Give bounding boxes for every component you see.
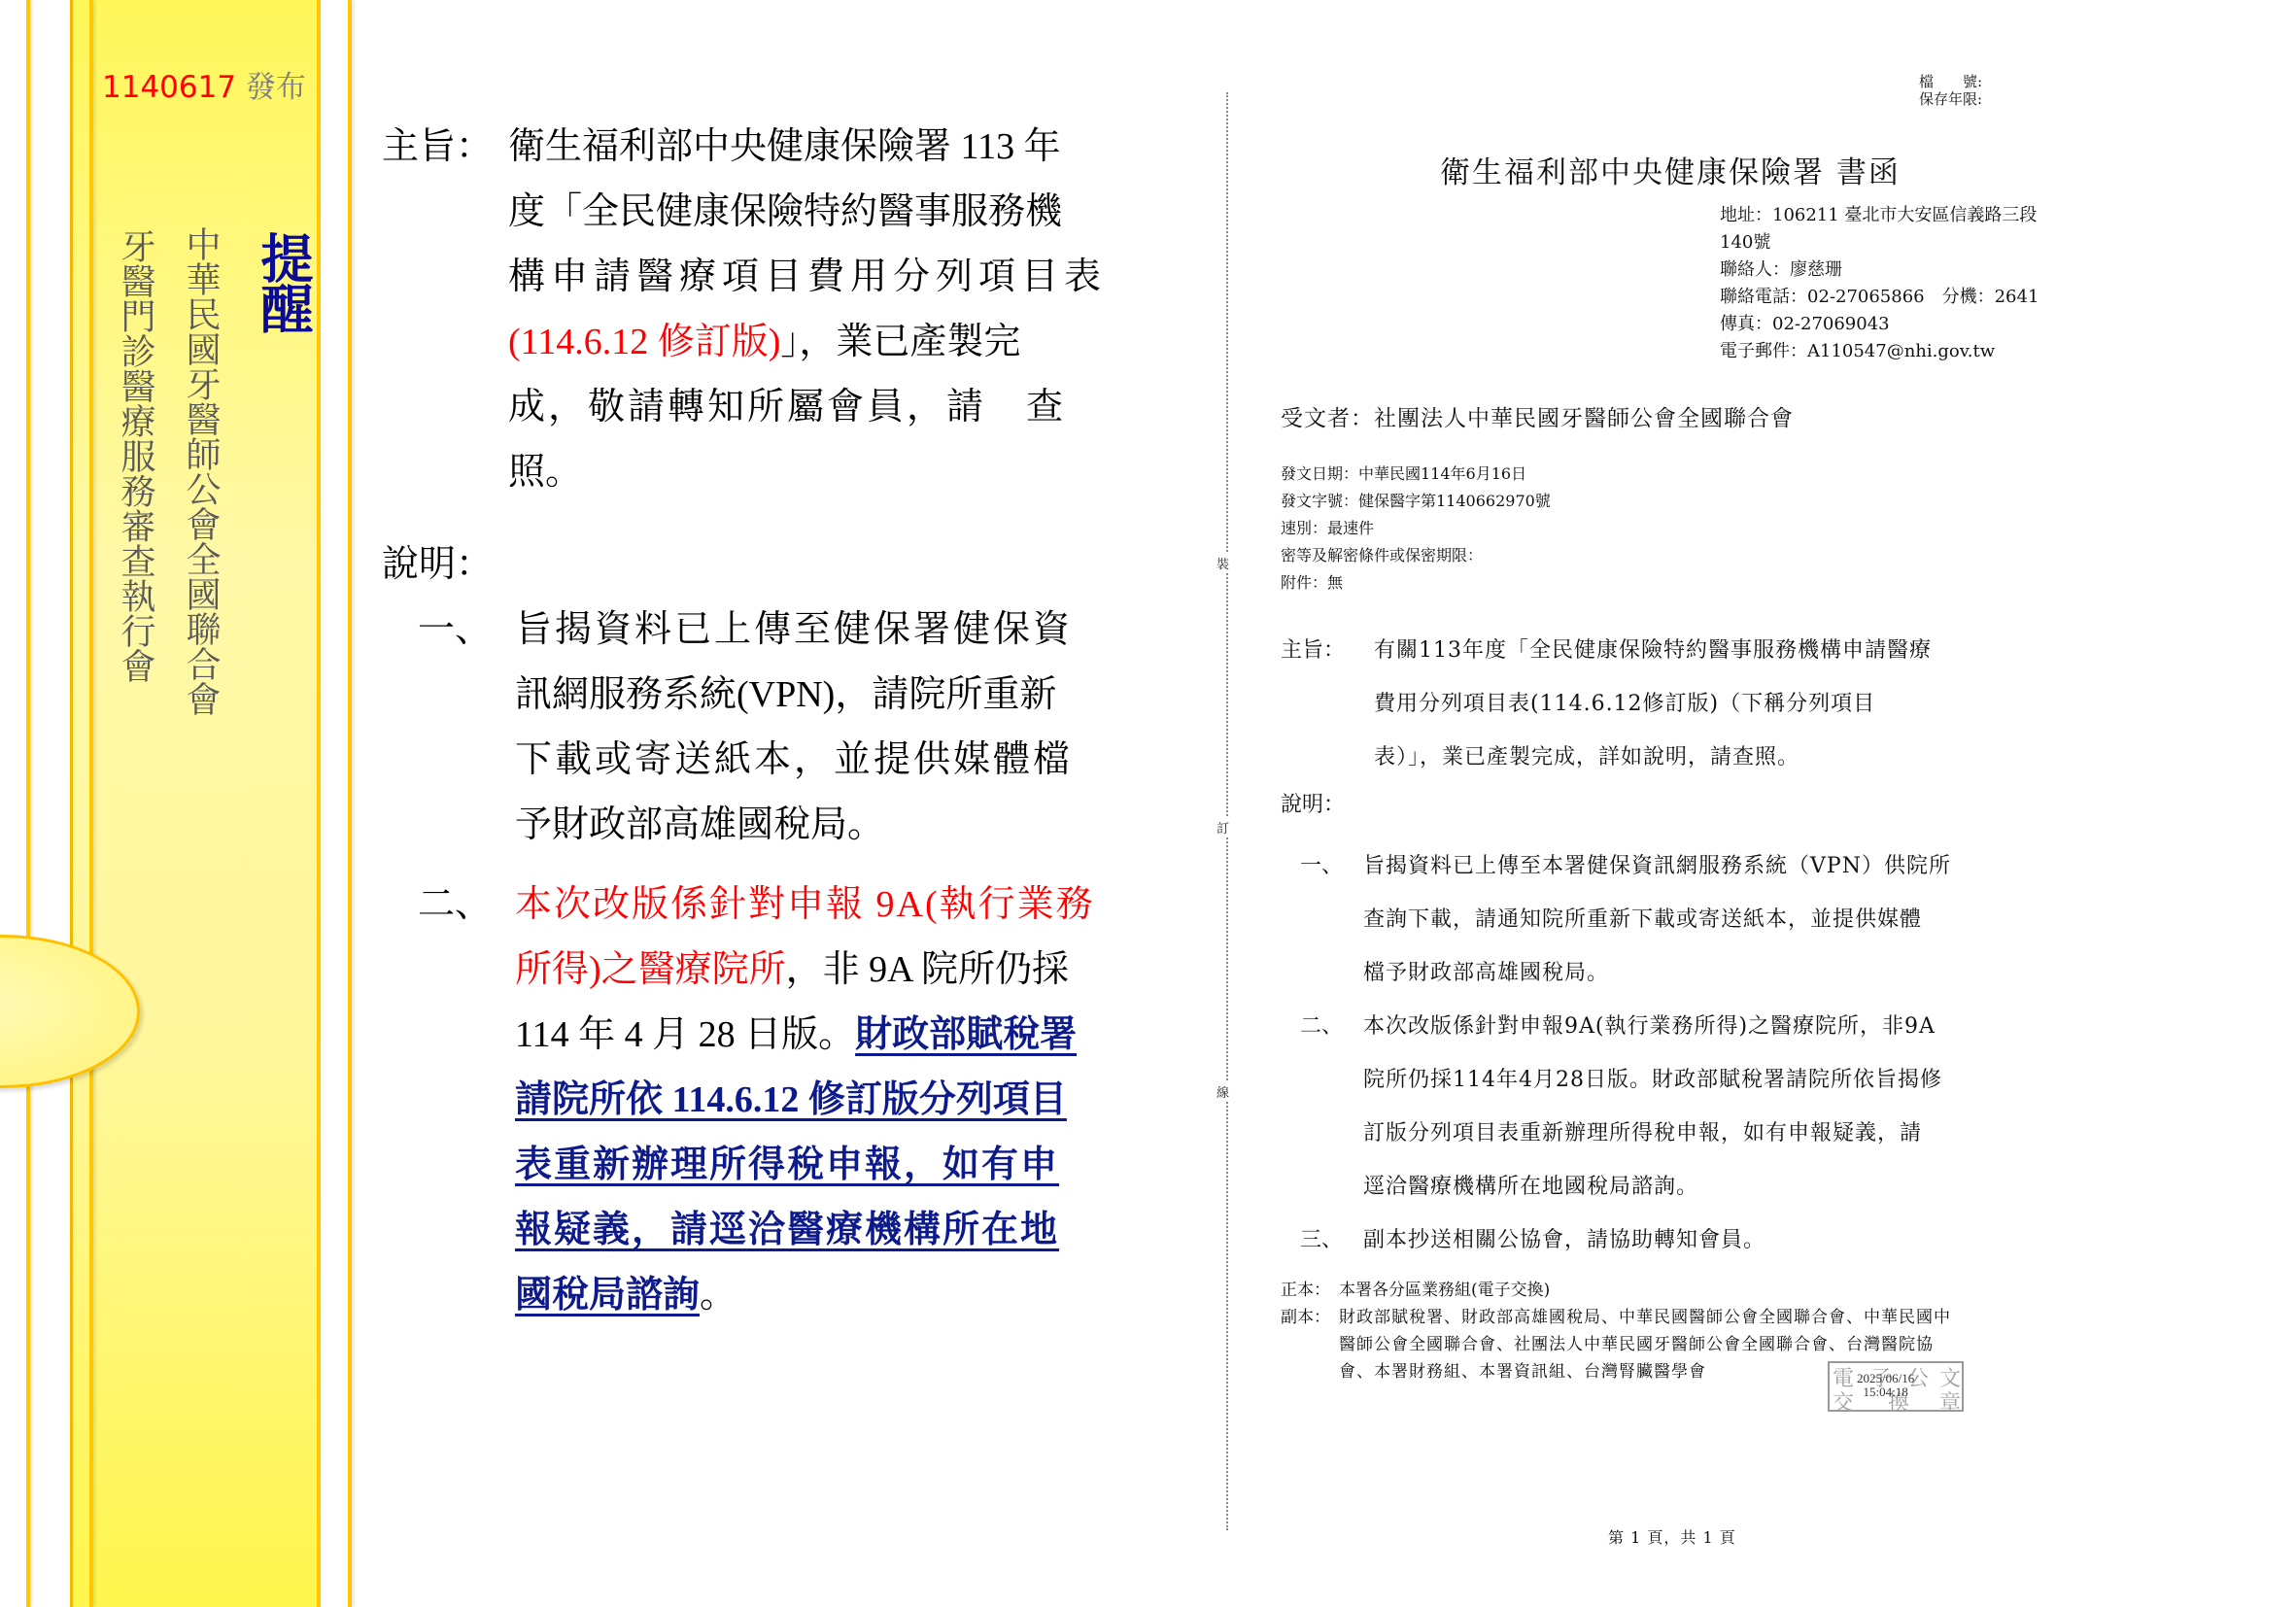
letter-item: 二、 本次改版係針對申報9A(執行業務所得)之醫療院所，非9A 院所仍採114年… [1300, 1000, 1951, 1214]
item-number: 一、 [418, 598, 515, 858]
letter-title: 衛生福利部中央健康保險署 書函 [1440, 148, 1901, 191]
committee-name: 牙醫門診醫療服務審查執行會 [118, 228, 153, 683]
summary-subject-line: 衛生福利部中央健康保險署 113 年 [508, 115, 1109, 180]
tax-notice-highlight: 財政部賦稅署 [855, 1014, 1077, 1055]
tax-notice-highlight: 報疑義，請逕洽醫療機構所在地 [515, 1210, 1059, 1250]
item-number: 二、 [418, 872, 515, 1328]
summary-subject: 主旨： 衛生福利部中央健康保險署 113 年 度「全民健康保險特約醫事服務機 構… [382, 115, 1109, 505]
contact-block: 地址：106211 臺北市大安區信義路三段 140號 聯絡人：廖慈珊 聯絡電話：… [1720, 202, 2039, 365]
contact-phone: 聯絡電話：02-27065866 分機：2641 [1720, 284, 2039, 311]
decor-line-outer [26, 0, 30, 1607]
summary-subject-line: 成，敬請轉知所屬會員，請 查 [508, 375, 1109, 440]
publish-date: 1140617 發布 [102, 62, 306, 106]
issue-date: 發文日期：中華民國114年6月16日 [1281, 461, 1551, 488]
summary-subject-line: (114.6.12 修訂版) 」，業已產製完 [508, 310, 1109, 375]
org-name: 中華民國牙醫師公會全國聯合會 [183, 226, 218, 716]
publish-label: 發布 [246, 70, 306, 105]
copy-label: 副本： [1281, 1304, 1339, 1385]
item2-red-line: 本次改版係針對申報 9A(執行業務 [515, 872, 1095, 938]
letter-item: 三、 副本抄送相關公協會，請協助轉知會員。 [1300, 1214, 1951, 1267]
tax-notice-highlight: 國稅局諮詢 [515, 1275, 700, 1316]
tax-notice-highlight: 表重新辦理所得稅申報，如有申 [515, 1145, 1059, 1185]
e-document-stamp: 電 子 公 文 交 換 章 2025/06/16 15:04:18 [1828, 1361, 1964, 1412]
recipient: 受文者：社團法人中華民國牙醫師公會全國聯合會 [1281, 400, 1794, 432]
issue-number: 發文字號：健保醫字第1140662970號 [1281, 488, 1551, 515]
letter-subject-label: 主旨： [1281, 624, 1374, 784]
letter-item: 一、 旨揭資料已上傳至本署健保資訊網服務系統（VPN）供院所 查詢下載，請通知院… [1300, 839, 1951, 1000]
decor-line-inner [89, 0, 93, 1607]
address: 地址：106211 臺北市大安區信義路三段 [1720, 202, 2039, 229]
letter-subject: 主旨： 有關113年度「全民健康保險特約醫事服務機構申請醫療 費用分列項目表(1… [1281, 624, 1932, 784]
original-label: 正本： [1281, 1277, 1339, 1304]
revision-highlight: (114.6.12 修訂版) [508, 310, 780, 375]
letter-items: 一、 旨揭資料已上傳至本署健保資訊網服務系統（VPN）供院所 查詢下載，請通知院… [1300, 839, 1951, 1267]
letter-meta: 發文日期：中華民國114年6月16日 發文字號：健保醫字第1140662970號… [1281, 461, 1551, 597]
decor-line-right [348, 0, 352, 1607]
letter-explain-label: 說明： [1281, 788, 1345, 818]
address-cont: 140號 [1720, 229, 2039, 256]
summary-subject-line: 構申請醫療項目費用分列項目表 [508, 245, 1109, 310]
summary-item-1: 一、 旨揭資料已上傳至健保署健保資 訊網服務系統(VPN)，請院所重新 下載或寄… [418, 598, 1073, 858]
original-recipients: 本署各分區業務組(電子交換) [1339, 1277, 1550, 1304]
summary-item-2: 二、 本次改版係針對申報 9A(執行業務 所得)之醫療院所，非 9A 院所仍採 … [418, 872, 1095, 1328]
urgency: 速別：最速件 [1281, 515, 1551, 542]
binding-label: 裝 [1217, 554, 1229, 572]
summary-explain-label: 說明： [382, 532, 493, 598]
summary-subject-label: 主旨： [382, 115, 508, 505]
attachments: 附件：無 [1281, 569, 1551, 597]
publish-date-number: 1140617 [102, 70, 236, 105]
binding-label: 線 [1217, 1082, 1229, 1101]
reminder-title: 提醒 [257, 231, 309, 332]
confidentiality: 密等及解密條件或保密期限： [1281, 542, 1551, 569]
summary-subject-line: 度「全民健康保險特約醫事服務機 [508, 180, 1109, 245]
contact-email: 電子郵件：A110547@nhi.gov.tw [1720, 338, 2039, 365]
retention-label: 保存年限: [1919, 88, 1982, 109]
stamp-datetime: 2025/06/16 15:04:18 [1857, 1372, 1914, 1399]
binding-line [1226, 92, 1228, 1530]
contact-fax: 傳真：02-27069043 [1720, 311, 2039, 338]
binding-label: 訂 [1217, 818, 1229, 837]
tax-notice-highlight: 請院所依 114.6.12 修訂版分列項目 [515, 1079, 1067, 1120]
page-footer: 第 1 頁，共 1 頁 [1608, 1525, 1736, 1548]
summary-subject-line: 照。 [508, 440, 1109, 505]
contact-person: 聯絡人：廖慈珊 [1720, 256, 2039, 284]
